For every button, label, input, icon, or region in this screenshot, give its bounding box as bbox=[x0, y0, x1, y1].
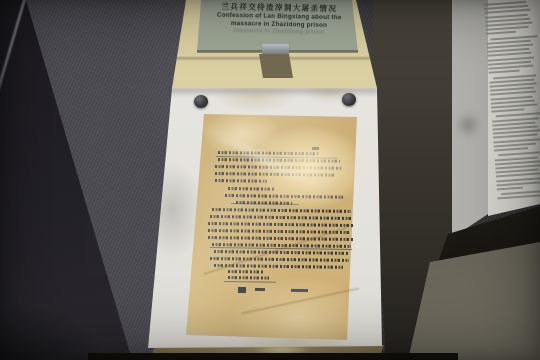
photo-vignette bbox=[0, 0, 540, 360]
museum-exhibit-photo: 兰兵祥交待渣滓洞大屠杀情况 Confession of Lan Bingxian… bbox=[0, 0, 540, 360]
